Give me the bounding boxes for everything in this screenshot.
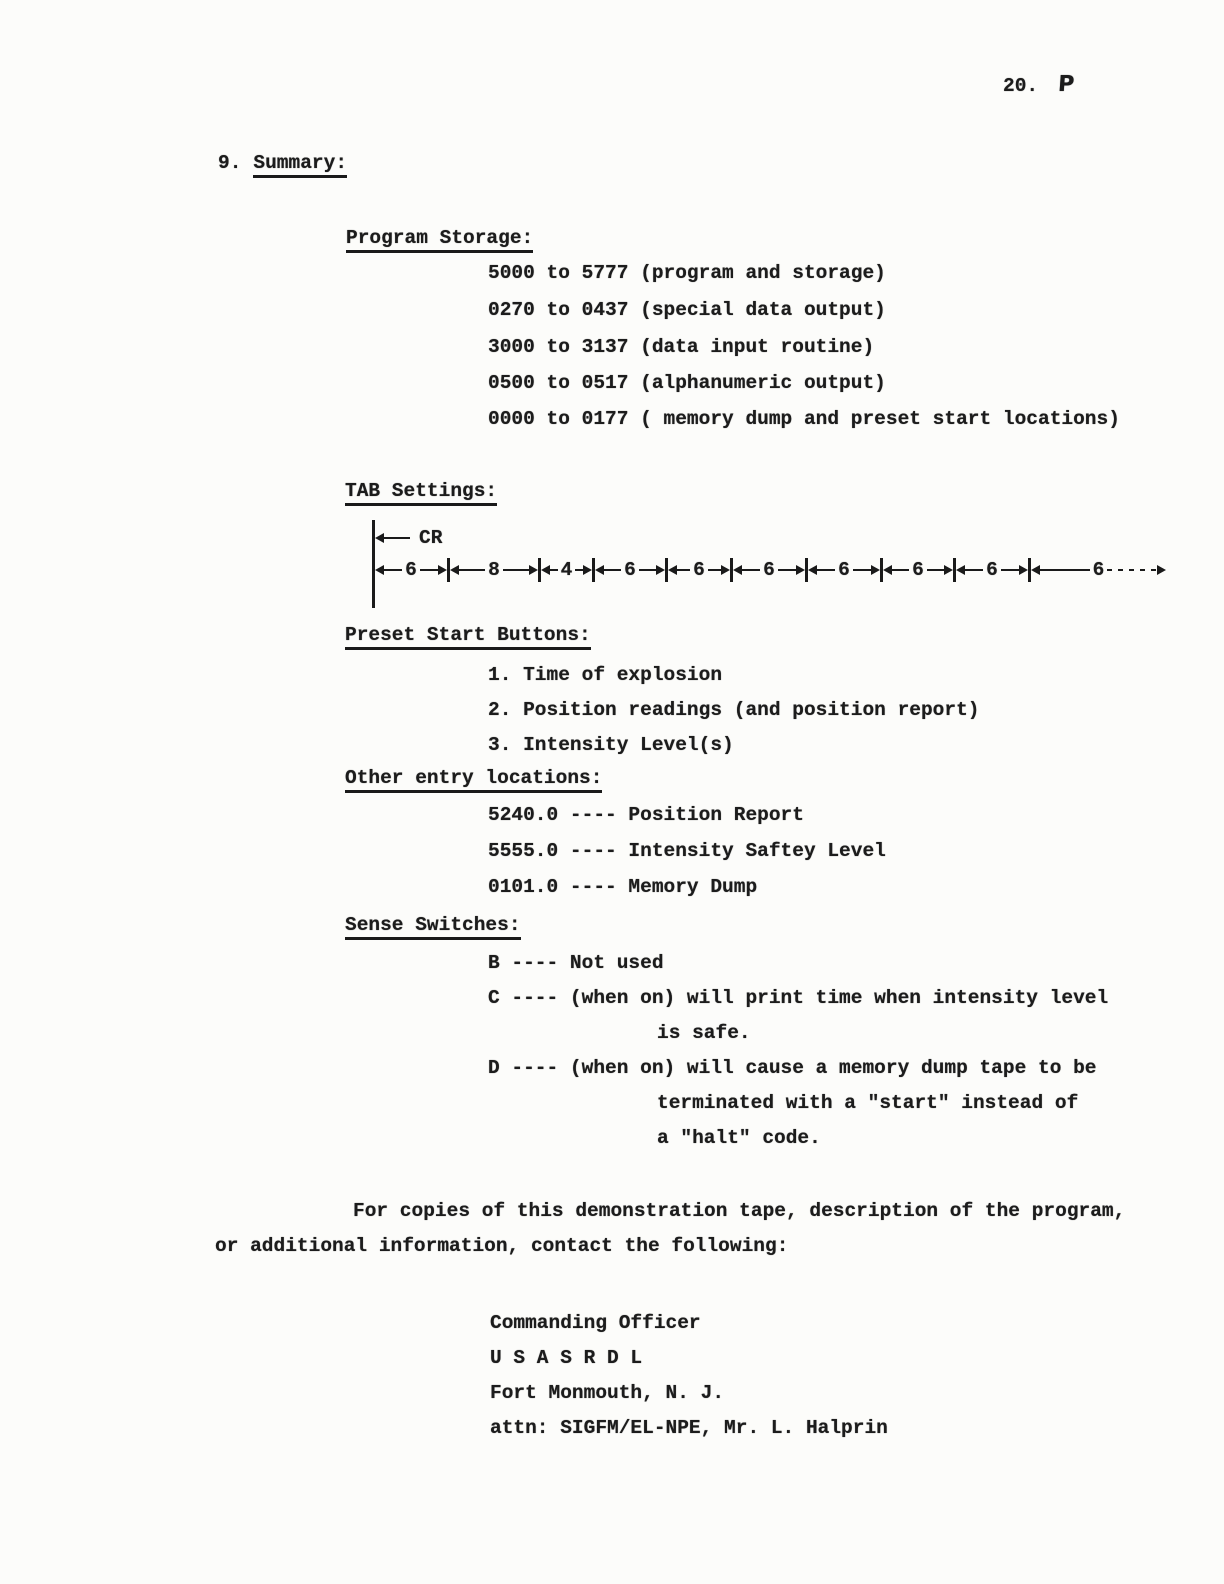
right-arrowhead-icon	[1157, 565, 1166, 575]
program-storage-item: 5000 to 5777 (program and storage)	[488, 260, 886, 286]
summary-heading: 9.Summary:	[218, 150, 347, 176]
tab-stop-value: 6	[983, 558, 1001, 582]
summary-number: 9.	[218, 150, 241, 176]
tab-stop-value: 6	[760, 558, 778, 582]
tab-segment: 6	[375, 558, 447, 582]
left-arrowhead-icon	[733, 565, 742, 575]
other-entry-item: 5555.0 ---- Intensity Saftey Level	[488, 838, 886, 864]
trailing-dashed-line	[1107, 569, 1157, 571]
tab-segment: 4	[541, 558, 592, 582]
page-number: 20.P	[1003, 72, 1074, 99]
other-entry-heading: Other entry locations:	[345, 765, 602, 791]
tab-segment: 6	[808, 558, 880, 582]
right-arrowhead-icon	[583, 565, 592, 575]
scanned-document-page: 20.P 9.Summary: Program Storage: 5000 to…	[0, 0, 1224, 1584]
tab-stop-value: 6	[621, 558, 639, 582]
cr-label: CR	[419, 528, 442, 548]
right-arrowhead-icon	[1019, 565, 1028, 575]
contact-line: attn: SIGFM/EL-NPE, Mr. L. Halprin	[490, 1415, 888, 1441]
closing-paragraph-line: or additional information, contact the f…	[215, 1233, 788, 1259]
page-annotation: P	[1057, 72, 1075, 98]
closing-paragraph-line: For copies of this demonstration tape, d…	[353, 1198, 1125, 1224]
sense-switch-d-continued: a "halt" code.	[657, 1125, 821, 1151]
tab-stop-value: 6	[835, 558, 853, 582]
right-arrowhead-icon	[529, 565, 538, 575]
left-arrowhead-icon	[808, 565, 817, 575]
other-entry-item: 0101.0 ---- Memory Dump	[488, 874, 757, 900]
contact-line: U S A S R D L	[490, 1345, 642, 1371]
left-arrowhead-icon	[375, 565, 384, 575]
contact-line: Fort Monmouth, N. J.	[490, 1380, 724, 1406]
preset-start-item: 3. Intensity Level(s)	[488, 732, 734, 758]
right-arrowhead-icon	[721, 565, 730, 575]
preset-start-item: 1. Time of explosion	[488, 662, 722, 688]
left-arrowhead-icon	[450, 565, 459, 575]
tab-stop-value: 8	[485, 558, 503, 582]
tab-settings-diagram: CR 6 8 4 6 6 6 6 6 6 6	[372, 518, 1202, 614]
right-arrowhead-icon	[438, 565, 447, 575]
tab-stop-value: 4	[558, 558, 576, 582]
preset-start-heading: Preset Start Buttons:	[345, 622, 591, 648]
program-storage-item: 3000 to 3137 (data input routine)	[488, 334, 874, 360]
left-arrowhead-icon	[1031, 565, 1040, 575]
sense-switch-c-continued: is safe.	[657, 1020, 751, 1046]
right-arrowhead-icon	[944, 565, 953, 575]
left-arrowhead-icon	[595, 565, 604, 575]
right-arrowhead-icon	[796, 565, 805, 575]
tab-stop-row: 6 8 4 6 6 6 6 6 6 6	[375, 558, 1166, 582]
tab-stop-value: 6	[909, 558, 927, 582]
tab-segment: 6	[668, 558, 730, 582]
left-arrowhead-icon	[883, 565, 892, 575]
left-arrowhead-icon	[668, 565, 677, 575]
tab-segment-trailing: 6	[1031, 558, 1166, 582]
contact-line: Commanding Officer	[490, 1310, 701, 1336]
program-storage-item: 0270 to 0437 (special data output)	[488, 297, 886, 323]
program-storage-item: 0500 to 0517 (alphanumeric output)	[488, 370, 886, 396]
tab-stop-value: 6	[690, 558, 708, 582]
sense-switches-heading: Sense Switches:	[345, 912, 521, 938]
tab-settings-heading: TAB Settings:	[345, 478, 497, 504]
right-arrowhead-icon	[656, 565, 665, 575]
sense-switch-d: D ---- (when on) will cause a memory dum…	[488, 1055, 1097, 1081]
tab-segment: 6	[595, 558, 665, 582]
program-storage-item: 0000 to 0177 ( memory dump and preset st…	[488, 406, 1120, 432]
sense-switch-c: C ---- (when on) will print time when in…	[488, 985, 1108, 1011]
tab-segment: 6	[883, 558, 953, 582]
left-arrowhead-icon	[541, 565, 550, 575]
tab-segment: 6	[733, 558, 805, 582]
preset-start-item: 2. Position readings (and position repor…	[488, 697, 979, 723]
carriage-return-marker: CR	[375, 528, 442, 548]
sense-switch-b: B ---- Not used	[488, 950, 664, 976]
left-arrowhead-icon	[375, 533, 384, 543]
summary-title: Summary:	[253, 152, 347, 178]
other-entry-item: 5240.0 ---- Position Report	[488, 802, 804, 828]
tab-stop-value: 6	[1090, 558, 1108, 582]
arrow-shaft	[384, 537, 410, 539]
left-arrowhead-icon	[956, 565, 965, 575]
tab-stop-value: 6	[402, 558, 420, 582]
sense-switch-d-continued: terminated with a "start" instead of	[657, 1090, 1078, 1116]
right-arrowhead-icon	[871, 565, 880, 575]
program-storage-heading: Program Storage:	[346, 225, 533, 251]
tab-segment: 8	[450, 558, 538, 582]
page-number-text: 20.	[1003, 75, 1038, 97]
tab-segment: 6	[956, 558, 1028, 582]
